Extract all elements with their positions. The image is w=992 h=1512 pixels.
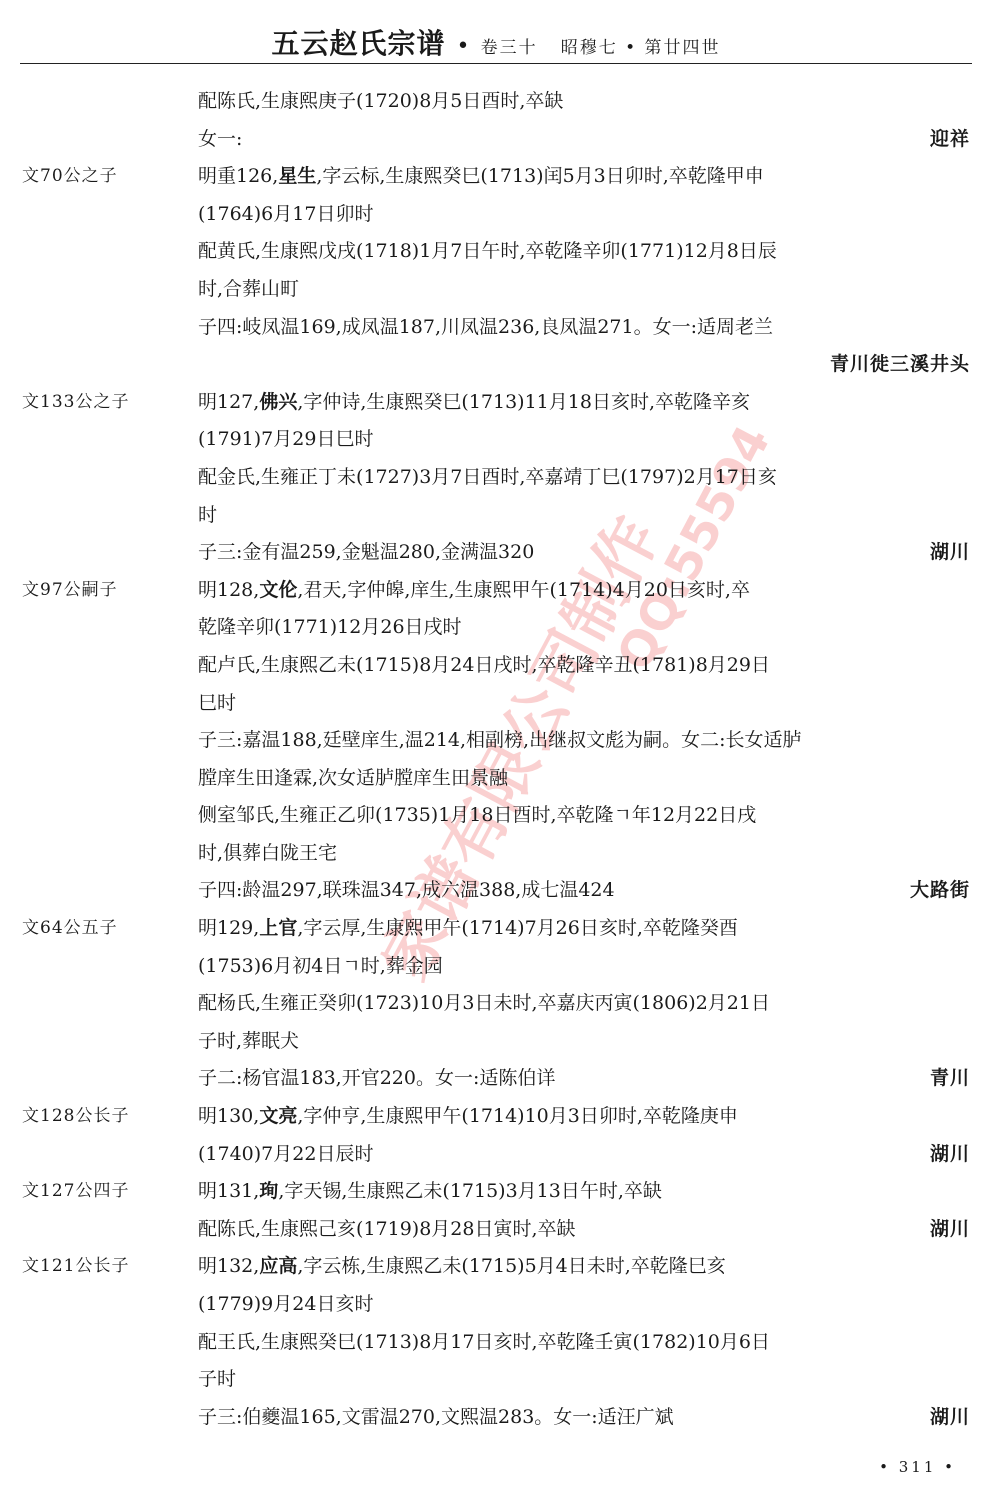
entry-text: (1779)9月24日亥时 — [198, 1286, 373, 1324]
header-rule — [20, 63, 972, 64]
entry-text: 子四:龄温297,联珠温347,成六温388,成七温424 — [198, 872, 615, 910]
entry-line: 子四:岐凤温169,成凤温187,川凤温236,良凤温271。女一:适周老兰 — [0, 309, 992, 347]
title-separator: • — [457, 34, 470, 59]
entry-line: 子三:金有温259,金魁温280,金满温320湖川 — [0, 534, 992, 572]
book-title: 五云赵氏宗谱 — [271, 27, 445, 60]
entry-line: 配陈氏,生康熙己亥(1719)8月28日寅时,卒缺湖川 — [0, 1211, 992, 1249]
person-name: 珣 — [259, 1180, 278, 1202]
entry-text: 明130,文亮,字仲亨,生康熙甲午(1714)10月3日卯时,卒乾隆庚申 — [198, 1098, 738, 1136]
entry-text: 明128,文伦,君天,字仲皞,庠生,生康熙甲午(1714)4月20日亥时,卒 — [198, 572, 750, 610]
entry-line: 青川徙三溪井头 — [0, 346, 992, 384]
residence-tag: 青川 — [930, 1060, 970, 1098]
entry-line: (1779)9月24日亥时 — [0, 1286, 992, 1324]
person-name: 应高 — [259, 1255, 297, 1277]
entry-line: 女一:迎祥 — [0, 121, 992, 159]
generation-number: 明132, — [198, 1255, 259, 1277]
person-name: 上官 — [259, 917, 297, 939]
entry-text: 子时 — [198, 1361, 236, 1399]
residence-tag: 青川徙三溪井头 — [830, 346, 970, 384]
entry-line: 子时,葬眠犬 — [0, 1023, 992, 1061]
entry-text: 子三:嘉温188,廷壁庠生,温214,相副榜,出继叔文彪为嗣。女二:长女适胪 — [198, 722, 802, 760]
entry-text: 明129,上官,字云厚,生康熙甲午(1714)7月26日亥时,卒乾隆癸酉 — [198, 910, 738, 948]
entry-text: 巳时 — [198, 685, 236, 723]
lineage-label: 文97公嗣子 — [22, 572, 118, 610]
entry-line: 子四:龄温297,联珠温347,成六温388,成七温424大路街 — [0, 872, 992, 910]
residence-tag: 湖川 — [930, 534, 970, 572]
generation-number: 明重126, — [198, 165, 278, 187]
person-name: 文伦 — [259, 579, 297, 601]
volume-label: 卷三十 — [481, 38, 538, 58]
generation-number: 明129, — [198, 917, 259, 939]
person-details: ,字仲诗,生康熙癸巳(1713)11月18日亥时,卒乾隆辛亥 — [297, 391, 750, 413]
entry-text: 明127,佛兴,字仲诗,生康熙癸巳(1713)11月18日亥时,卒乾隆辛亥 — [198, 384, 750, 422]
entry-text: 子时,葬眠犬 — [198, 1023, 299, 1061]
entry-line: 文97公嗣子明128,文伦,君天,字仲皞,庠生,生康熙甲午(1714)4月20日… — [0, 572, 992, 610]
residence-tag: 湖川 — [930, 1211, 970, 1249]
entry-text: 时,俱葬白陇王宅 — [198, 835, 337, 873]
entry-line: 文70公之子明重126,星生,字云标,生康熙癸巳(1713)闰5月3日卯时,卒乾… — [0, 158, 992, 196]
entry-text: (1740)7月22日辰时 — [198, 1136, 373, 1174]
entry-text: (1753)6月初4日ㄱ时,葬金园 — [198, 948, 443, 986]
entry-line: 子二:杨官温183,开官220。女一:适陈伯详青川 — [0, 1060, 992, 1098]
entry-line: 配陈氏,生康熙庚子(1720)8月5日酉时,卒缺 — [0, 83, 992, 121]
person-name: 星生 — [278, 165, 316, 187]
entry-line: 文128公长子明130,文亮,字仲亨,生康熙甲午(1714)10月3日卯时,卒乾… — [0, 1098, 992, 1136]
entry-line: 侧室邹氏,生雍正乙卯(1735)1月18日酉时,卒乾隆ㄱ年12月22日戌 — [0, 797, 992, 835]
entry-text: 侧室邹氏,生雍正乙卯(1735)1月18日酉时,卒乾隆ㄱ年12月22日戌 — [198, 797, 756, 835]
entry-line: 巳时 — [0, 685, 992, 723]
entry-line: (1791)7月29日巳时 — [0, 421, 992, 459]
entry-text: 配卢氏,生康熙乙未(1715)8月24日戌时,卒乾隆辛丑(1781)8月29日 — [198, 647, 770, 685]
lineage-label: 文133公之子 — [22, 384, 129, 422]
entry-text: 子三:金有温259,金魁温280,金满温320 — [198, 534, 534, 572]
entry-line: 文133公之子明127,佛兴,字仲诗,生康熙癸巳(1713)11月18日亥时,卒… — [0, 384, 992, 422]
page-number: • 311 • — [879, 1458, 956, 1476]
entry-line: (1753)6月初4日ㄱ时,葬金园 — [0, 948, 992, 986]
entry-line: (1740)7月22日辰时湖川 — [0, 1136, 992, 1174]
entry-text: 乾隆辛卯(1771)12月26日戌时 — [198, 609, 462, 647]
entry-text: 子三:伯夔温165,文雷温270,文熙温283。女一:适汪广斌 — [198, 1399, 674, 1437]
entry-text: (1791)7月29日巳时 — [198, 421, 373, 459]
residence-tag: 湖川 — [930, 1136, 970, 1174]
entry-text: 时 — [198, 497, 217, 535]
person-details: ,字云厚,生康熙甲午(1714)7月26日亥时,卒乾隆癸酉 — [297, 917, 738, 939]
residence-tag: 湖川 — [930, 1399, 970, 1437]
entry-text: 配王氏,生康熙癸巳(1713)8月17日亥时,卒乾隆壬寅(1782)10月6日 — [198, 1324, 770, 1362]
person-details: ,字仲亨,生康熙甲午(1714)10月3日卯时,卒乾隆庚申 — [297, 1105, 738, 1127]
person-details: ,字云栋,生康熙乙未(1715)5月4日未时,卒乾隆巳亥 — [297, 1255, 725, 1277]
entry-text: 配杨氏,生雍正癸卯(1723)10月3日未时,卒嘉庆丙寅(1806)2月21日 — [198, 985, 770, 1023]
entry-line: 配王氏,生康熙癸巳(1713)8月17日亥时,卒乾隆壬寅(1782)10月6日 — [0, 1324, 992, 1362]
lineage-label: 文64公五子 — [22, 910, 118, 948]
section-label: 昭穆七 • 第廿四世 — [561, 38, 721, 58]
lineage-label: 文121公长子 — [22, 1248, 129, 1286]
generation-number: 明131, — [198, 1180, 259, 1202]
entry-line: 文121公长子明132,应高,字云栋,生康熙乙未(1715)5月4日未时,卒乾隆… — [0, 1248, 992, 1286]
entry-line: 文64公五子明129,上官,字云厚,生康熙甲午(1714)7月26日亥时,卒乾隆… — [0, 910, 992, 948]
entry-line: 乾隆辛卯(1771)12月26日戌时 — [0, 609, 992, 647]
entry-line: (1764)6月17日卯时 — [0, 196, 992, 234]
entry-line: 配黄氏,生康熙戊戌(1718)1月7日午时,卒乾隆辛卯(1771)12月8日辰 — [0, 233, 992, 271]
generation-number: 明130, — [198, 1105, 259, 1127]
residence-tag: 迎祥 — [930, 121, 970, 159]
entry-text: 明重126,星生,字云标,生康熙癸巳(1713)闰5月3日卯时,卒乾隆甲申 — [198, 158, 764, 196]
person-name: 文亮 — [259, 1105, 297, 1127]
entry-line: 时,俱葬白陇王宅 — [0, 835, 992, 873]
entry-line: 时,合葬山町 — [0, 271, 992, 309]
genealogy-entries: 配陈氏,生康熙庚子(1720)8月5日酉时,卒缺女一:迎祥文70公之子明重126… — [0, 83, 992, 1436]
person-name: 佛兴 — [259, 391, 297, 413]
entry-line: 子三:伯夔温165,文雷温270,文熙温283。女一:适汪广斌湖川 — [0, 1399, 992, 1437]
entry-line: 子时 — [0, 1361, 992, 1399]
entry-line: 配金氏,生雍正丁未(1727)3月7日酉时,卒嘉靖丁巳(1797)2月17日亥 — [0, 459, 992, 497]
generation-number: 明128, — [198, 579, 259, 601]
entry-text: 配陈氏,生康熙庚子(1720)8月5日酉时,卒缺 — [198, 83, 563, 121]
residence-tag: 大路街 — [910, 872, 970, 910]
lineage-label: 文128公长子 — [22, 1098, 129, 1136]
entry-text: 时,合葬山町 — [198, 271, 299, 309]
person-details: ,字天锡,生康熙乙未(1715)3月13日午时,卒缺 — [278, 1180, 662, 1202]
entry-text: (1764)6月17日卯时 — [198, 196, 373, 234]
entry-text: 配陈氏,生康熙己亥(1719)8月28日寅时,卒缺 — [198, 1211, 576, 1249]
entry-line: 子三:嘉温188,廷壁庠生,温214,相副榜,出继叔文彪为嗣。女二:长女适胪 — [0, 722, 992, 760]
person-details: ,字云标,生康熙癸巳(1713)闰5月3日卯时,卒乾隆甲申 — [316, 165, 763, 187]
page-header: 五云赵氏宗谱 • 卷三十 昭穆七 • 第廿四世 — [0, 22, 992, 62]
entry-line: 配卢氏,生康熙乙未(1715)8月24日戌时,卒乾隆辛丑(1781)8月29日 — [0, 647, 992, 685]
entry-text: 配金氏,生雍正丁未(1727)3月7日酉时,卒嘉靖丁巳(1797)2月17日亥 — [198, 459, 777, 497]
entry-text: 配黄氏,生康熙戊戌(1718)1月7日午时,卒乾隆辛卯(1771)12月8日辰 — [198, 233, 777, 271]
entry-text: 女一: — [198, 121, 242, 159]
entry-text: 膛庠生田逢霖,次女适胪膛庠生田景融 — [198, 760, 508, 798]
entry-text: 子四:岐凤温169,成凤温187,川凤温236,良凤温271。女一:适周老兰 — [198, 309, 773, 347]
person-details: ,君天,字仲皞,庠生,生康熙甲午(1714)4月20日亥时,卒 — [297, 579, 750, 601]
lineage-label: 文127公四子 — [22, 1173, 129, 1211]
entry-text: 子二:杨官温183,开官220。女一:适陈伯详 — [198, 1060, 555, 1098]
entry-line: 配杨氏,生雍正癸卯(1723)10月3日未时,卒嘉庆丙寅(1806)2月21日 — [0, 985, 992, 1023]
lineage-label: 文70公之子 — [22, 158, 118, 196]
entry-line: 文127公四子明131,珣,字天锡,生康熙乙未(1715)3月13日午时,卒缺 — [0, 1173, 992, 1211]
entry-text: 明131,珣,字天锡,生康熙乙未(1715)3月13日午时,卒缺 — [198, 1173, 662, 1211]
entry-line: 时 — [0, 497, 992, 535]
generation-number: 明127, — [198, 391, 259, 413]
entry-text: 明132,应高,字云栋,生康熙乙未(1715)5月4日未时,卒乾隆巳亥 — [198, 1248, 726, 1286]
entry-line: 膛庠生田逢霖,次女适胪膛庠生田景融 — [0, 760, 992, 798]
